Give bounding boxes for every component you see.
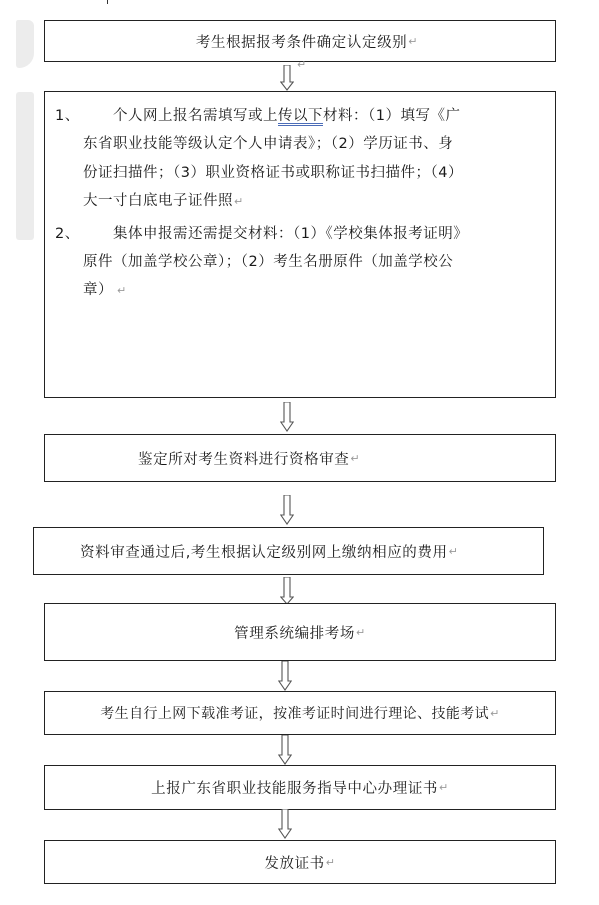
flow-step-5: 管理系统编排考场↵ (44, 603, 556, 661)
text-cursor-mark (107, 0, 108, 4)
paragraph-mark-icon: ↵ (408, 35, 418, 48)
paragraph-mark-icon: ↵ (117, 284, 127, 297)
item-line: 东省职业技能等级认定个人申请表》；（2）学历证书、身 (83, 130, 545, 158)
step-text: 考生根据报考条件确定认定级别 (196, 31, 407, 52)
step-text: 鉴定所对考生资料进行资格审查 (138, 448, 349, 469)
paragraph-mark-icon: ↵ (234, 195, 244, 208)
materials-item-1: 1、 个人网上报名需填写或上传以下材料：（1）填写《广 东省职业技能等级认定个人… (57, 102, 545, 217)
step-text: 资料审查通过后,考生根据认定级别网上缴纳相应的费用 (80, 541, 448, 562)
paragraph-mark-icon: ↵ (326, 856, 336, 869)
ghost-mark (16, 92, 34, 240)
item-line: 原件（加盖学校公章）；（2）考生名册原件（加盖学校公 (83, 248, 545, 276)
down-arrow-icon (280, 495, 294, 525)
paragraph-mark-icon: ↵ (490, 707, 500, 720)
item-number: 1、 (55, 102, 115, 130)
flow-step-6: 考生自行上网下载准考证，按准考证时间进行理论、技能考试↵ (44, 691, 556, 735)
flow-step-8: 发放证书↵ (44, 840, 556, 884)
item-line: 集体申报需还需提交材料：（1）《学校集体报考证明》 (83, 220, 545, 248)
flow-step-2-materials: 1、 个人网上报名需填写或上传以下材料：（1）填写《广 东省职业技能等级认定个人… (44, 91, 556, 398)
paragraph-mark-icon: ↵ (356, 626, 366, 639)
step-text: 管理系统编排考场 (234, 622, 355, 643)
item-number: 2、 (55, 220, 115, 248)
flow-step-4: 资料审查通过后,考生根据认定级别网上缴纳相应的费用↵ (33, 527, 544, 575)
flow-step-7: 上报广东省职业技能服务指导中心办理证书↵ (44, 765, 556, 810)
spellcheck-underline: 传以下 (278, 108, 323, 124)
ghost-mark (16, 20, 34, 68)
paragraph-mark-icon: ↵ (439, 781, 449, 794)
step-text: 上报广东省职业技能服务指导中心办理证书 (151, 777, 438, 798)
item-line: 个人网上报名需填写或上传以下材料：（1）填写《广 (83, 102, 545, 130)
materials-item-2: 2、 集体申报需还需提交材料：（1）《学校集体报考证明》 原件（加盖学校公章）；… (57, 220, 545, 306)
down-arrow-icon (280, 65, 294, 91)
down-arrow-icon (280, 577, 294, 605)
flow-step-1: 考生根据报考条件确定认定级别↵ (44, 20, 556, 62)
paragraph-mark-icon: ↵ (350, 452, 360, 465)
paragraph-mark-icon: ↵ (449, 545, 459, 558)
flow-step-3: 鉴定所对考生资料进行资格审查↵ (44, 434, 556, 482)
down-arrow-icon (278, 735, 292, 765)
item-line: 章）↵ (83, 276, 545, 305)
item-line: 大一寸白底电子证件照↵ (83, 187, 545, 216)
step-text: 发放证书 (264, 852, 324, 873)
paragraph-mark-icon: ↵ (297, 58, 306, 71)
down-arrow-icon (278, 809, 292, 839)
down-arrow-icon (280, 402, 294, 432)
item-line: 份证扫描件；（3）职业资格证书或职称证书扫描件；（4） (83, 159, 545, 187)
step-text: 考生自行上网下载准考证，按准考证时间进行理论、技能考试 (100, 703, 489, 723)
down-arrow-icon (278, 661, 292, 691)
